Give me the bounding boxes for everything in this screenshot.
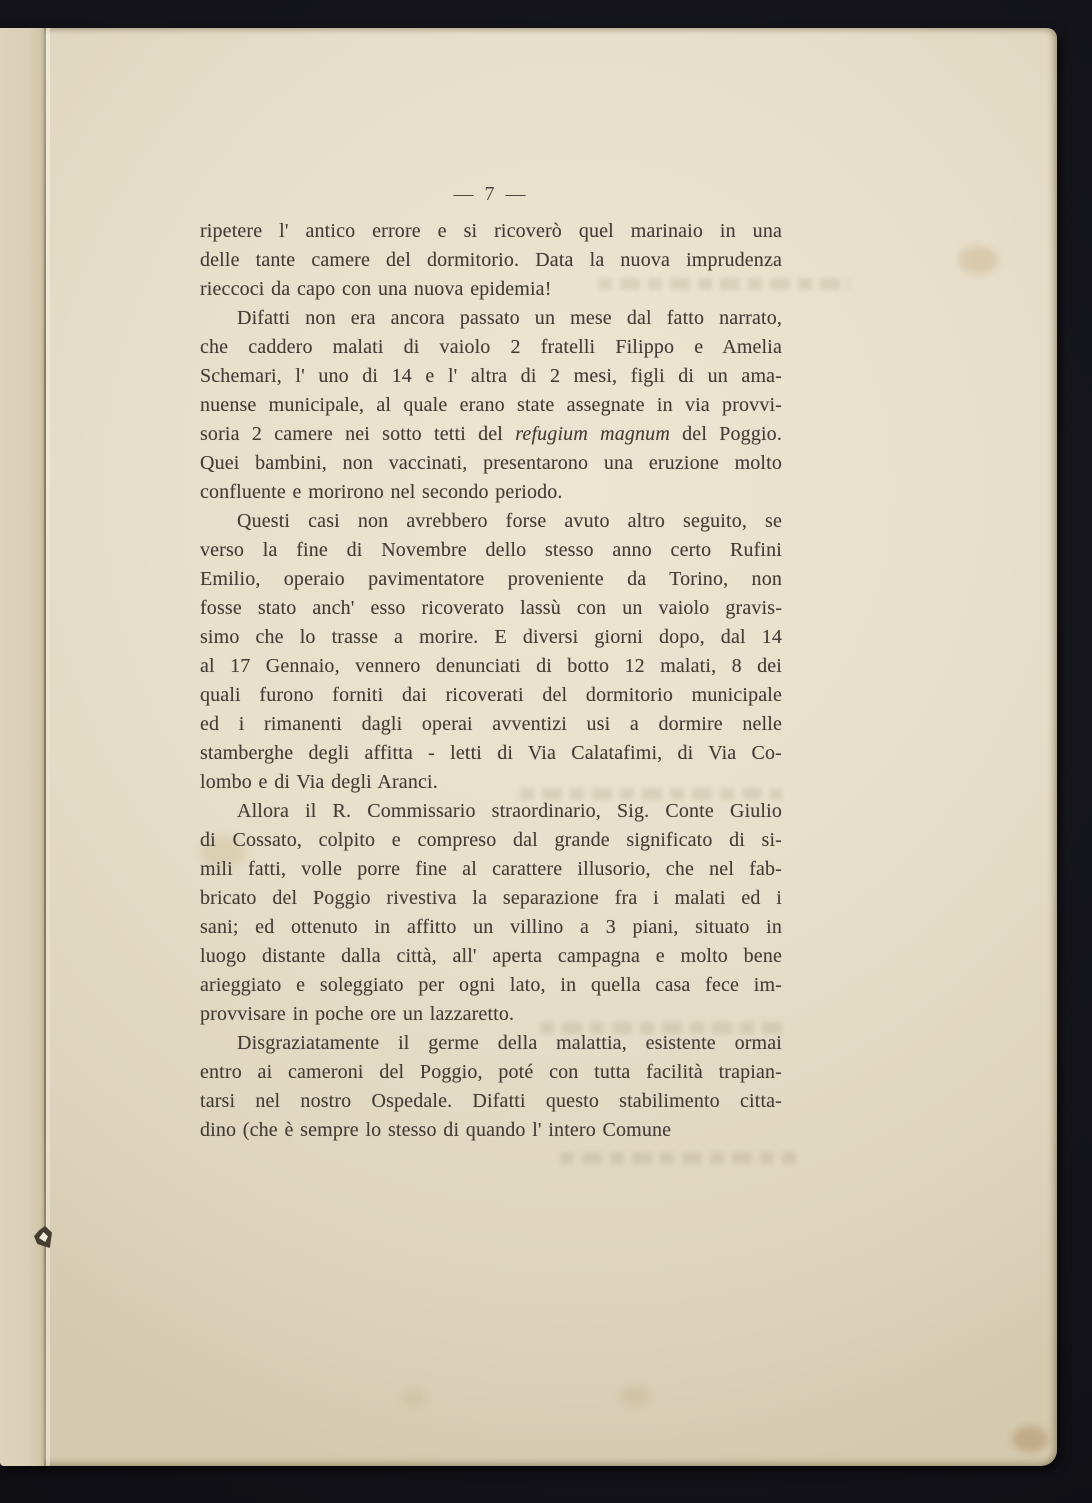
paragraph-5: Disgraziatamente il germe della malattia… — [200, 1029, 782, 1145]
page-edge-strip — [0, 28, 44, 1466]
text-line-with-italic: soria 2 camere nei sotto tetti del refug… — [200, 420, 782, 449]
text-line: di Cossato, colpito e compreso dal grand… — [200, 826, 782, 855]
text-line: Schemari, l' uno di 14 e l' altra di 2 m… — [200, 362, 782, 391]
text-line: Disgraziatamente il germe della malattia… — [200, 1029, 782, 1058]
text-line: ripetere l' antico errore e si ricoverò … — [200, 217, 782, 246]
text-line: dino (che è sempre lo stesso di quando l… — [200, 1116, 782, 1145]
text-line: ed i rimanenti dagli operai avventizi us… — [200, 710, 782, 739]
text-line: delle tante camere del dormitorio. Data … — [200, 246, 782, 275]
text-segment: del Poggio. — [670, 423, 782, 445]
paragraph-3: Questi casi non avrebbero forse avuto al… — [200, 507, 782, 797]
page-number: — 7 — — [200, 183, 782, 209]
foxing-stain — [958, 246, 998, 274]
foxing-stain — [402, 1390, 426, 1406]
text-line: rieccoci da capo con una nuova epidemia! — [200, 275, 782, 304]
text-line: mili fatti, volle porre fine al caratter… — [200, 855, 782, 884]
text-line: Allora il R. Commissario straordinario, … — [200, 797, 782, 826]
text-line: quali furono forniti dai ricoverati del … — [200, 681, 782, 710]
paragraph-1: ripetere l' antico errore e si ricoverò … — [200, 217, 782, 304]
text-line: Questi casi non avrebbero forse avuto al… — [200, 507, 782, 536]
text-line: arieggiato e soleggiato per ogni lato, i… — [200, 971, 782, 1000]
scan-background: — 7 — ripetere l' antico errore e si ric… — [0, 0, 1092, 1503]
book-page: — 7 — ripetere l' antico errore e si ric… — [0, 28, 1057, 1466]
text-line: Quei bambini, non vaccinati, presentaron… — [200, 449, 782, 478]
italic-phrase: refugium magnum — [515, 423, 670, 445]
page-crease — [44, 28, 46, 1466]
text-line: Emilio, operaio pavimentatore provenient… — [200, 565, 782, 594]
foxing-stain — [620, 1386, 650, 1406]
text-line: lombo e di Via degli Aranci. — [200, 768, 782, 797]
text-line: nuense municipale, al quale erano state … — [200, 391, 782, 420]
text-line: confluente e morirono nel secondo period… — [200, 478, 782, 507]
text-line: fosse stato anch' esso ricoverato lassù … — [200, 594, 782, 623]
body-text: ripetere l' antico errore e si ricoverò … — [200, 217, 782, 1145]
text-line: verso la fine di Novembre dello stesso a… — [200, 536, 782, 565]
paragraph-4: Allora il R. Commissario straordinario, … — [200, 797, 782, 1029]
text-segment: soria 2 camere nei sotto tetti del — [200, 423, 515, 445]
text-line: entro ai cameroni del Poggio, poté con t… — [200, 1058, 782, 1087]
text-line: luogo distante dalla città, all' aperta … — [200, 942, 782, 971]
text-line: simo che lo trasse a morire. E diversi g… — [200, 623, 782, 652]
text-line: Difatti non era ancora passato un mese d… — [200, 304, 782, 333]
text-line: sani; ed ottenuto in affitto un villino … — [200, 913, 782, 942]
text-line: al 17 Gennaio, vennero denunciati di bot… — [200, 652, 782, 681]
text-line: provvisare in poche ore un lazzaretto. — [200, 1000, 782, 1029]
text-line: stamberghe degli affitta - letti di Via … — [200, 739, 782, 768]
foxing-stain — [1012, 1426, 1048, 1452]
text-line: tarsi nel nostro Ospedale. Difatti quest… — [200, 1087, 782, 1116]
text-line: bricato del Poggio rivestiva la separazi… — [200, 884, 782, 913]
text-line: che caddero malati di vaiolo 2 fratelli … — [200, 333, 782, 362]
paragraph-2: Difatti non era ancora passato un mese d… — [200, 304, 782, 507]
ink-showthrough-smudge — [560, 1152, 796, 1164]
